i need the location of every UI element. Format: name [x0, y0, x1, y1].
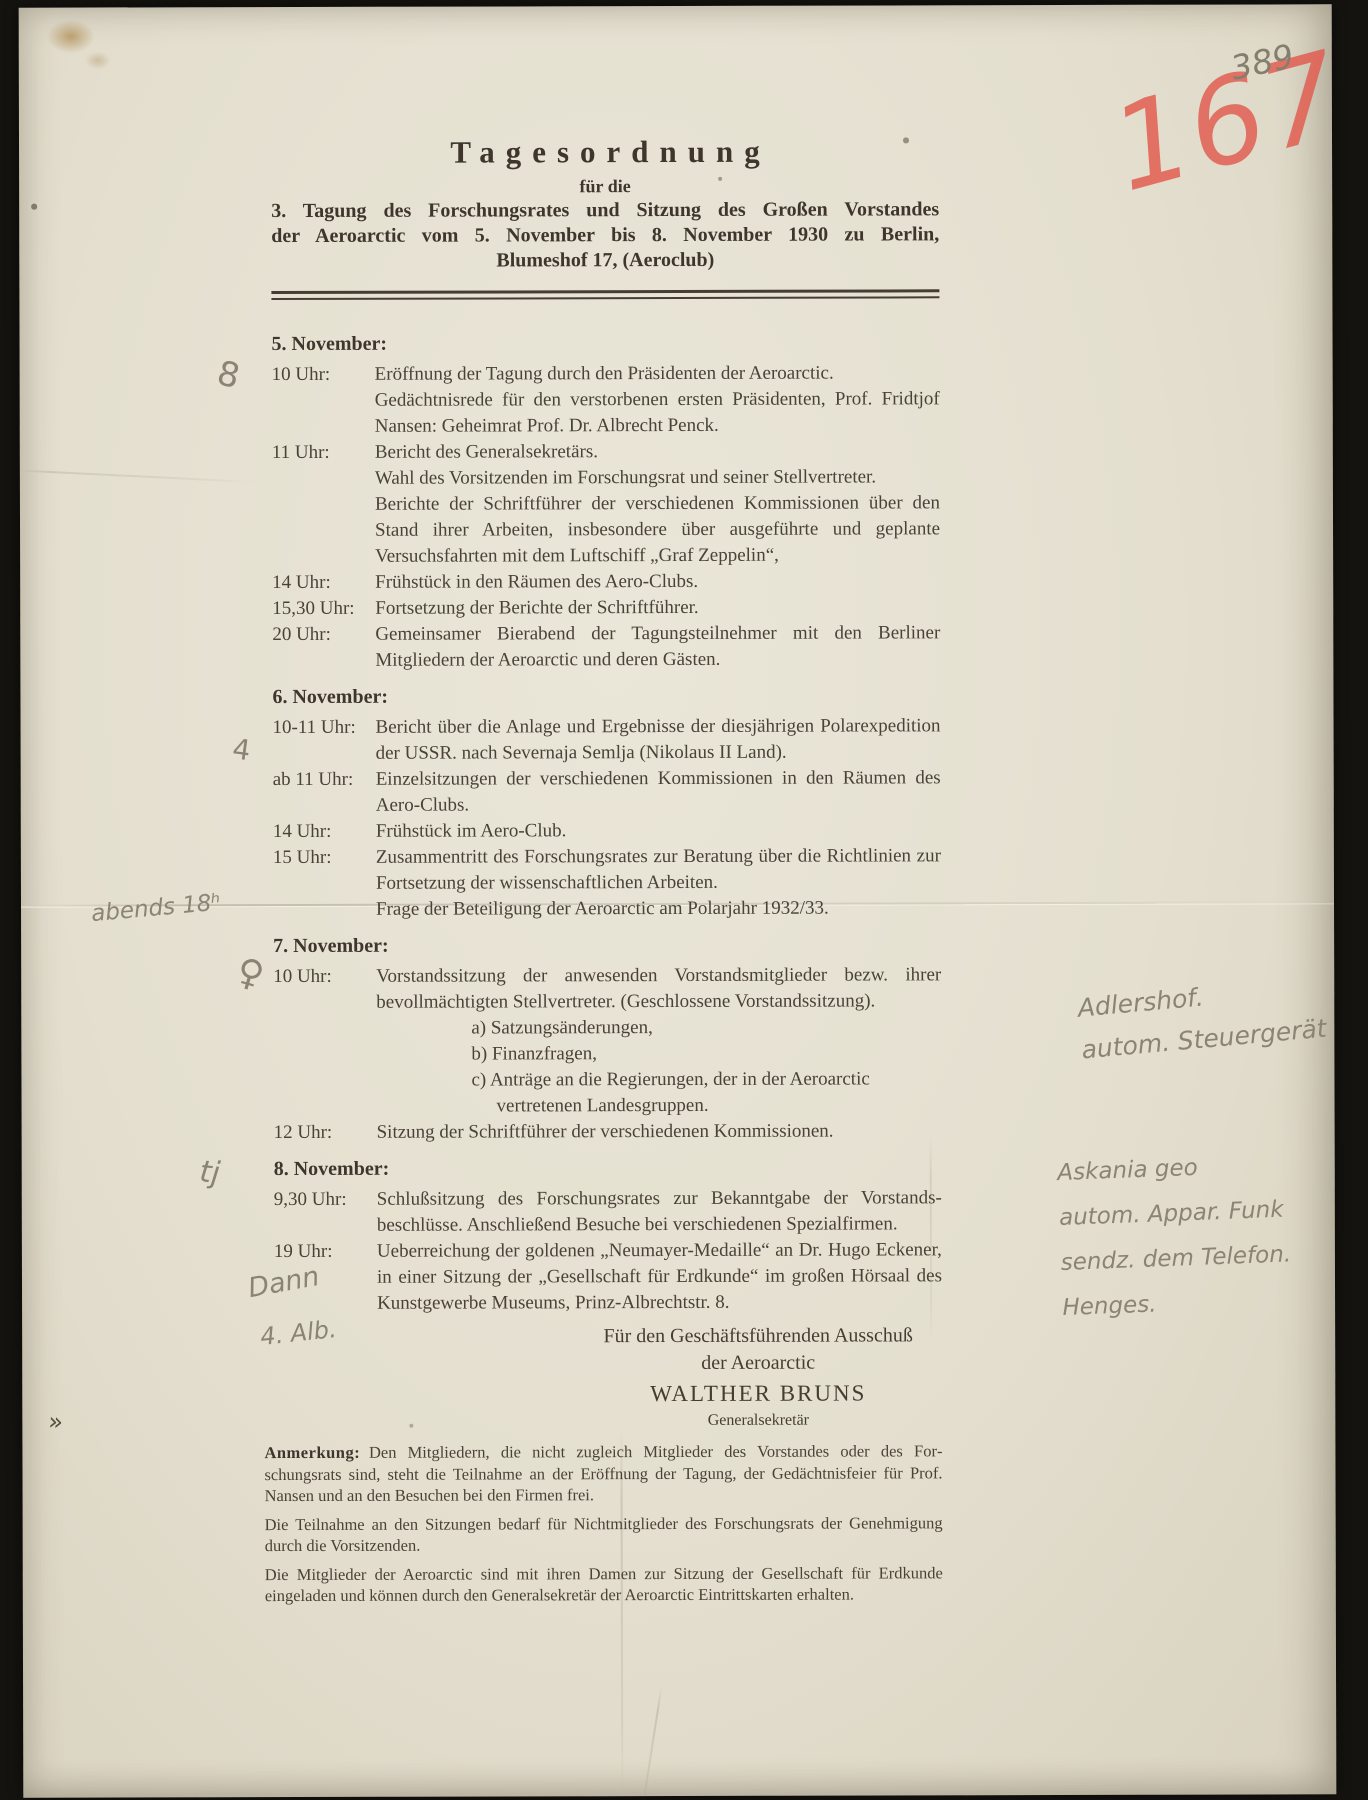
handwritten-line: Henges. [1062, 1277, 1294, 1331]
pencil-margin-mark: 4 [230, 732, 252, 767]
agenda-subitem: c) Anträge an die Regierungen, der in de… [471, 1066, 941, 1119]
pencil-margin-mark: 8 [213, 353, 244, 397]
agenda-text: Sitzung der Schriftführer der verschiede… [377, 1118, 942, 1145]
agenda-section: 6. November:10-11 Uhr:Bericht über die A… [272, 682, 941, 923]
pencil-margin-mark: » [47, 1407, 64, 1436]
section-heading: 5. November: [272, 329, 940, 357]
closing-line: Für den Geschäftsführenden Ausschuß [558, 1322, 958, 1350]
agenda-entry: 15,30 Uhr:Fortsetzung der Berichte der S… [272, 594, 940, 622]
agenda-text: Eröffnung der Tagung durch den Präsident… [375, 360, 940, 387]
agenda-time: 9,30 Uhr: [274, 1187, 377, 1239]
section-heading: 7. November: [273, 931, 941, 959]
agenda-section: 8. November:9,30 Uhr:Schlußsitzung des F… [274, 1154, 942, 1317]
fold-crease [20, 469, 260, 483]
note-text: Die Teilnahme an den Sitzungen bedarf fü… [265, 1513, 943, 1555]
heading-line-2: der Aeroarctic vom 5. November bis 8. No… [271, 222, 939, 249]
section-heading: 8. November: [274, 1154, 942, 1182]
agenda-time: 20 Uhr: [272, 622, 375, 674]
note-paragraph: Die Mitglieder der Aeroarctic sind mit i… [265, 1562, 943, 1607]
agenda-text: Gemeinsamer Bierabend der Tagungsteilneh… [375, 620, 940, 673]
handwritten-note-abends: abends 18ʰ [90, 890, 222, 928]
handwritten-note-askania: Askania geo autom. Appar. Funk sendz. de… [1057, 1142, 1294, 1331]
agenda-desc: Schlußsitzung des Forschungsrates zur Be… [377, 1185, 942, 1238]
agenda-subitem: a) Satzungsänderungen, [471, 1014, 941, 1041]
agenda-text: Bericht über die Anlage und Ergebnisse d… [376, 713, 941, 766]
agenda-entry: 19 Uhr:Ueberreichung der goldenen „Neuma… [274, 1237, 942, 1317]
paper-stain [85, 51, 111, 69]
agenda-entry: 11 Uhr:Bericht des Generalsekretärs.Wahl… [272, 438, 940, 570]
agenda-desc: Gemeinsamer Bierabend der Tagungsteilneh… [375, 620, 940, 673]
agenda-text: Zusammentritt des Forschungsrates zur Be… [376, 843, 941, 896]
signer-role: Generalsekretär [558, 1408, 958, 1432]
handwritten-line: sendz. dem Telefon. [1060, 1232, 1292, 1286]
agenda-desc: Vorstandssitzung der anwesenden Vorstand… [376, 962, 941, 1119]
agenda-time: 11 Uhr: [272, 440, 375, 570]
scan-background: Tagesordnung für die 3. Tagung des Forsc… [0, 0, 1368, 1800]
agenda-text: Bericht des Generalsekretärs. [375, 438, 940, 465]
note-paragraph: Anmerkung: Den Mitgliedern, die nicht zu… [264, 1440, 942, 1506]
agenda-time: 10 Uhr: [272, 362, 375, 440]
heading-line-1: 3. Tagung des Forschungsrates und Sitzun… [271, 197, 939, 224]
agenda-desc: Eröffnung der Tagung durch den Präsident… [375, 360, 940, 439]
agenda-entry: 14 Uhr:Frühstück in den Räumen des Aero-… [272, 568, 940, 596]
agenda-desc: Bericht über die Anlage und Ergebnisse d… [376, 713, 941, 766]
agenda-time: 10-11 Uhr: [273, 715, 376, 767]
note-label: Anmerkung: [264, 1443, 369, 1462]
agenda-time: 15,30 Uhr: [272, 596, 375, 622]
note-text: Die Mitglieder der Aeroarctic sind mit i… [265, 1563, 943, 1605]
agenda-entry: 10 Uhr:Vorstandssitzung der anwesenden V… [273, 962, 941, 1120]
agenda-section: 7. November:10 Uhr:Vorstandssitzung der … [273, 931, 942, 1146]
agenda-text: Frage der Beteiligung der Aeroarctic am … [376, 895, 941, 922]
closing-block: Für den Geschäftsführenden Ausschuß der … [558, 1322, 958, 1432]
agenda-text: Frühstück im Aero-Club. [376, 817, 941, 844]
agenda-entry: 10-11 Uhr:Bericht über die Anlage und Er… [273, 713, 941, 767]
signer-name: WALTHER BRUNS [558, 1378, 958, 1409]
agenda-entry: 10 Uhr:Eröffnung der Tagung durch den Pr… [272, 360, 940, 440]
agenda-entry: 12 Uhr:Sitzung der Schriftführer der ver… [274, 1118, 942, 1146]
agenda-entry: 20 Uhr:Gemeinsamer Bierabend der Tagungs… [272, 620, 940, 674]
agenda-entry: ab 11 Uhr:Einzelsitzungen der verschiede… [273, 765, 941, 819]
agenda-time: 10 Uhr: [273, 964, 376, 1120]
document-page: Tagesordnung für die 3. Tagung des Forsc… [19, 4, 1337, 1797]
agenda-entry: 14 Uhr:Frühstück im Aero-Club. [273, 817, 941, 845]
agenda-time: 12 Uhr: [274, 1120, 377, 1146]
agenda-section: 5. November:10 Uhr:Eröffnung der Tagung … [272, 329, 941, 674]
agenda-text: Fortsetzung der Berichte der Schriftführ… [375, 594, 940, 621]
fold-crease [642, 1687, 662, 1800]
heading-line-3: Blumeshof 17, (Aeroclub) [271, 247, 939, 274]
agenda-text: Ueberreichung der goldenen „Neumayer-Med… [377, 1237, 942, 1316]
agenda-desc: Frühstück in den Räumen des Aero-Clubs. [375, 568, 940, 595]
agenda-time: 14 Uhr: [272, 570, 375, 596]
agenda-time: 15 Uhr: [273, 845, 376, 923]
notes-block: Anmerkung: Den Mitgliedern, die nicht zu… [264, 1440, 942, 1606]
agenda-text: Frühstück in den Räumen des Aero-Clubs. [375, 568, 940, 595]
agenda-subitem: b) Finanzfragen, [471, 1040, 941, 1067]
title-block: Tagesordnung für die 3. Tagung des Forsc… [271, 5, 940, 300]
agenda-text: Vorstandssitzung der anwesenden Vorstand… [376, 962, 941, 1015]
agenda-desc: Fortsetzung der Berichte der Schriftführ… [375, 594, 940, 621]
agenda-desc: Frühstück im Aero-Club. [376, 817, 941, 844]
paper-stain [47, 20, 95, 54]
pencil-margin-mark: ♀ [232, 950, 269, 997]
paper-specks [19, 8, 21, 10]
closing-line: der Aeroarctic [558, 1349, 958, 1377]
agenda-entry: 15 Uhr:Zusammentritt des Forschungsrates… [273, 843, 941, 923]
agenda-desc: Bericht des Generalsekretärs.Wahl des Vo… [375, 438, 940, 569]
agenda-desc: Einzelsitzungen der verschiedenen Kommis… [376, 765, 941, 818]
handwritten-note-adlershof: Adlershof. autom. Steuergerät [1076, 966, 1328, 1072]
agenda-entry: 9,30 Uhr:Schlußsitzung des Forschungsrat… [274, 1185, 942, 1239]
document-title: Tagesordnung [271, 133, 939, 171]
agenda-time: ab 11 Uhr: [273, 767, 376, 819]
agenda-text: Berichte der Schriftführer der verschied… [375, 490, 940, 569]
agenda-desc: Zusammentritt des Forschungsrates zur Be… [376, 843, 941, 922]
schedule: 5. November:10 Uhr:Eröffnung der Tagung … [271, 298, 942, 1317]
agenda-time: 14 Uhr: [273, 819, 376, 845]
agenda-desc: Sitzung der Schriftführer der verschiede… [377, 1118, 942, 1145]
agenda-desc: Ueberreichung der goldenen „Neumayer-Med… [377, 1237, 942, 1316]
section-heading: 6. November: [272, 682, 940, 710]
agenda-text: Gedächtnisrede für den verstorbenen erst… [375, 386, 940, 439]
note-paragraph: Die Teilnahme an den Sitzungen bedarf fü… [265, 1512, 943, 1557]
agenda-text: Einzelsitzungen der verschiedenen Kommis… [376, 765, 941, 818]
agenda-text: Schlußsitzung des Forschungsrates zur Be… [377, 1185, 942, 1238]
document-subtitle: für die [271, 173, 939, 199]
agenda-text: Wahl des Vorsitzenden im Forschungsrat u… [375, 464, 940, 491]
printed-content: Tagesordnung für die 3. Tagung des Forsc… [271, 5, 943, 1613]
pencil-margin-mark: tj [198, 1154, 222, 1191]
